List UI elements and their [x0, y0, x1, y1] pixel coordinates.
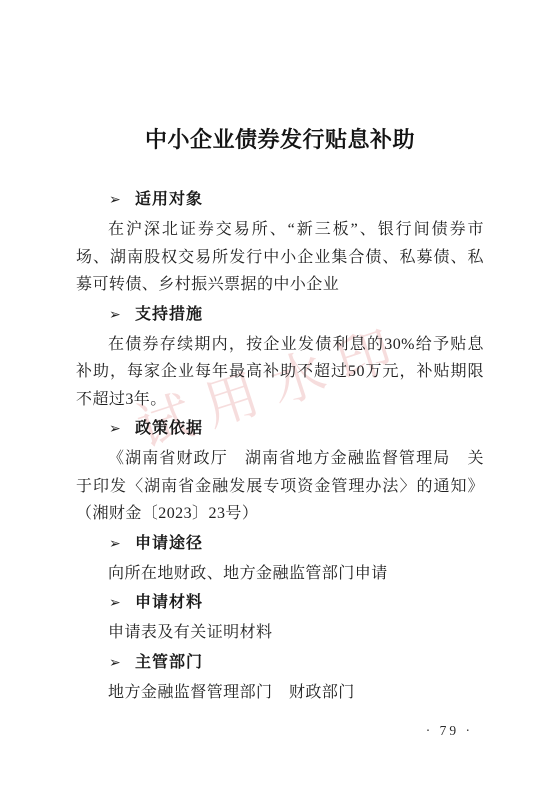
- arrow-bullet-icon: ➢: [109, 649, 135, 677]
- arrow-bullet-icon: ➢: [109, 186, 135, 214]
- section-header: ➢政策依据: [76, 415, 484, 443]
- page-number: · 79 ·: [426, 723, 473, 739]
- section-header: ➢主管部门: [76, 649, 484, 677]
- section-header: ➢支持措施: [76, 301, 484, 329]
- arrow-bullet-icon: ➢: [109, 301, 135, 329]
- section-header-label: 支持措施: [135, 306, 203, 323]
- paragraph: 在债券存续期内，按企业发债利息的30%给予贴息补助，每家企业每年最高补助不超过5…: [76, 331, 484, 414]
- page-content: 中小企业债券发行贴息补助 ➢适用对象 在沪深北证券交易所、“新三板”、银行间债券…: [76, 124, 484, 706]
- paragraph: 在沪深北证券交易所、“新三板”、银行间债券市场、湖南股权交易所发行中小企业集合债…: [76, 216, 484, 299]
- section-header-label: 申请途径: [135, 535, 203, 552]
- section-header-label: 适用对象: [135, 191, 203, 208]
- paragraph: 《湖南省财政厅 湖南省地方金融监督管理局 关于印发〈湖南省金融发展专项资金管理办…: [76, 445, 484, 528]
- section-header: ➢适用对象: [76, 186, 484, 214]
- section-header-label: 申请材料: [135, 594, 203, 611]
- section-header-label: 主管部门: [135, 654, 203, 671]
- arrow-bullet-icon: ➢: [109, 589, 135, 617]
- sections-container: ➢适用对象 在沪深北证券交易所、“新三板”、银行间债券市场、湖南股权交易所发行中…: [76, 186, 484, 706]
- page-title: 中小企业债券发行贴息补助: [76, 124, 484, 156]
- section-header-label: 政策依据: [135, 420, 203, 437]
- document-page: 试用水印 中小企业债券发行贴息补助 ➢适用对象 在沪深北证券交易所、“新三板”、…: [0, 0, 559, 793]
- paragraph: 申请表及有关证明材料: [76, 619, 484, 647]
- paragraph: 向所在地财政、地方金融监管部门申请: [76, 560, 484, 588]
- section-header: ➢申请途径: [76, 530, 484, 558]
- arrow-bullet-icon: ➢: [109, 530, 135, 558]
- paragraph: 地方金融监督管理部门 财政部门: [76, 679, 484, 707]
- arrow-bullet-icon: ➢: [109, 415, 135, 443]
- section-header: ➢申请材料: [76, 589, 484, 617]
